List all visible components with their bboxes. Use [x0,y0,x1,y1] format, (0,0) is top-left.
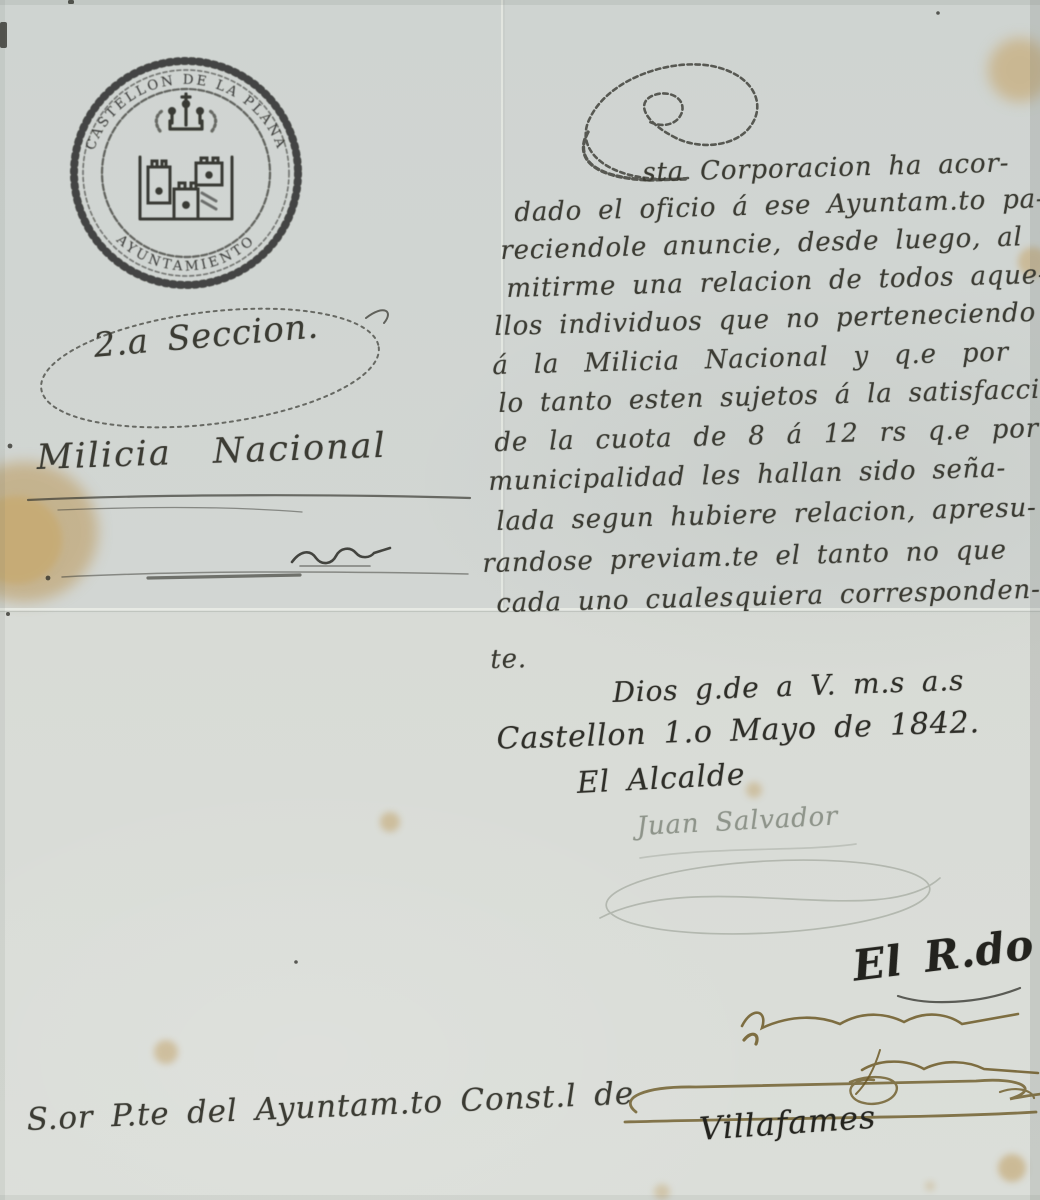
document-page: CASTELLON DE LA PLANA AYUNTAMIENTO [0,0,1040,1200]
body-line: te. [490,644,527,675]
note-flourish [898,988,1020,1002]
castle-arms-icon [140,157,232,219]
signature-rubric-flourish [600,844,940,941]
official-seal: CASTELLON DE LA PLANA AYUNTAMIENTO [74,61,298,285]
crown-icon [156,94,215,131]
paraph-scribble [292,548,390,566]
